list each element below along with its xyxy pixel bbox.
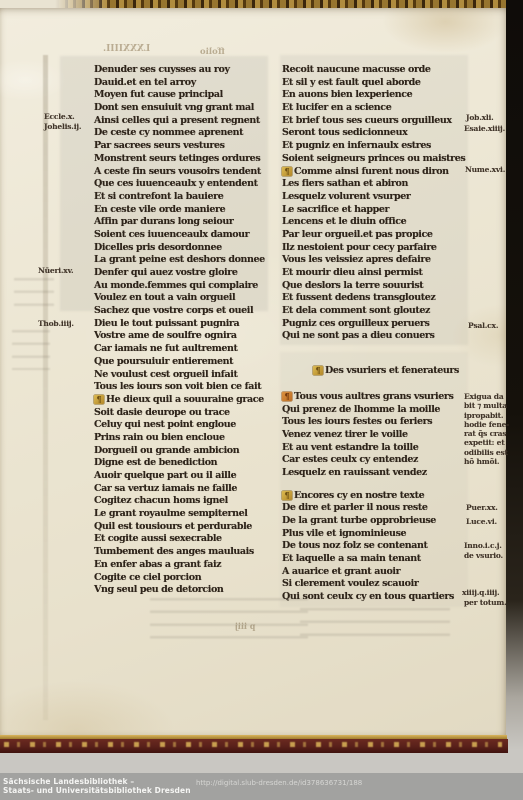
verse-text: Recoit naucune macusse orde: [282, 64, 430, 75]
verse-line: Venez venez tirer le voille: [282, 429, 460, 442]
verse-line: Lencens et le diuin office: [282, 216, 460, 229]
verse-text: He dieux quil a souuraine grace: [106, 394, 264, 405]
verse-line: De tous noz folz se contenant: [282, 540, 460, 553]
verse-text: De dire et parler il nous reste: [282, 502, 427, 513]
verse-line: Denuder ses cuysses au roy: [94, 64, 272, 77]
latin-gloss-line: hodie fene-: [464, 420, 508, 429]
verse-line: Prins rain ou bien encloue: [94, 432, 272, 445]
verse-line: Et laquelle a sa main tenant: [282, 553, 460, 566]
verse-text: Par leur orgueil.et pas propice: [282, 229, 433, 240]
verse-line: Tous les iours festes ou feriers: [282, 416, 460, 429]
latin-gloss-text: bit ⁊ multa: [464, 401, 507, 410]
verse-text: Voulez en tout a vain orgueil: [94, 292, 235, 303]
verse-text: Et lucifer en a science: [282, 102, 391, 113]
verse-line: Monstrent seurs tetinges ordures: [94, 153, 272, 166]
verse-line: Par sacrees seurs vestures: [94, 140, 272, 153]
margin-citation-ecclesiastes: Eccle.x.: [44, 112, 75, 121]
margin-citation-innocent-2: de vsurio.: [464, 551, 503, 560]
margin-citation-tobias: Thob.iiij.: [38, 319, 74, 328]
verse-line: Soient seigneurs princes ou maistres: [282, 153, 460, 166]
verse-text: Soient seigneurs princes ou maistres: [282, 153, 465, 164]
verse-text: Et fussent dedens transgloutez: [282, 292, 435, 303]
verse-text: A ceste fin seurs vousoirs tendent: [94, 166, 261, 177]
latin-gloss-line: hõ hmõi.: [464, 457, 508, 466]
verse-text: Car iamais ne fut aultrement: [94, 343, 238, 354]
verse-text: De ceste cy nommee aprenent: [94, 127, 243, 138]
verse-text: Tous les iours festes ou feriers: [282, 416, 432, 427]
showthrough-margin-note: [14, 278, 54, 306]
verse-line: Et si contrefont la bauiere: [94, 191, 272, 204]
verse-line: Que ces iuuenceaulx y entendent: [94, 178, 272, 191]
digital-collection-url: http://digital.slub-dresden.de/id3786367…: [196, 779, 362, 787]
verse-text: Soient ces iuuenceaulx damour: [94, 229, 249, 240]
verse-text: Soit dasie deurope ou trace: [94, 407, 230, 418]
verse-line: He dieux quil a souuraine grace: [94, 394, 272, 407]
verse-line: Vng seul peu de detorcion: [94, 584, 272, 597]
verse-text: Vous les veissiez apres defaire: [282, 254, 431, 265]
verse-line: Si clerement voulez scauoir: [282, 578, 460, 591]
latin-gloss-text: rat q̃s cras: [464, 429, 506, 438]
folio-word-text: ffolio: [200, 47, 225, 57]
latin-gloss-text: Exigua da: [464, 392, 504, 401]
verse-text: Et laquelle a sa main tenant: [282, 553, 421, 564]
verse-text: Les fiers sathan et abiron: [282, 178, 408, 189]
verse-line: Et brief tous ses cueurs orguilleux: [282, 115, 460, 128]
verse-line: Ne voulust cest orgueil infait: [94, 369, 272, 382]
parchment-crease: [43, 55, 48, 720]
verse-text: Lesquelz volurent vsurper: [282, 191, 410, 202]
verse-text: Sachez que vostre corps et oueil: [94, 305, 253, 316]
verse-text: Vng seul peu de detorcion: [94, 584, 223, 595]
verse-line: Moyen fut cause principal: [94, 89, 272, 102]
verse-line: Affin par durans long seiour: [94, 216, 272, 229]
verse-text: Dieu le tout puissant pugnira: [94, 318, 239, 329]
verse-text: Et cogite aussi sexecrable: [94, 533, 222, 544]
verse-line: Au monde.femmes qui complaire: [94, 280, 272, 293]
verse-line: Voulez en tout a vain orgueil: [94, 292, 272, 305]
verse-line: Car estes ceulx cy entendez: [282, 454, 460, 467]
verse-text: Qui sont ceulx cy en tous quartiers: [282, 591, 454, 602]
verse-text: Affin par durans long seiour: [94, 216, 233, 227]
verse-line: Comme ainsi furent nous diron: [282, 166, 460, 179]
verse-text: Prins rain ou bien encloue: [94, 432, 225, 443]
verse-text: Tous vous aultres grans vsuriers: [294, 391, 453, 402]
verse-text: Lencens et le diuin office: [282, 216, 406, 227]
verse-text: Comme ainsi furent nous diron: [294, 166, 449, 177]
verse-text: Le sacrifice et happer: [282, 204, 389, 215]
signature-mark-text: p iiij: [235, 621, 255, 631]
verse-line: Seront tous sedicionneux: [282, 127, 460, 140]
verse-line: Lesquelz volurent vsurper: [282, 191, 460, 204]
verse-text: Et dela comment sont gloutez: [282, 305, 430, 316]
verse-line: Le grant royaulme sempiternel: [94, 508, 272, 521]
verse-text: Tumbement des anges mauluais: [94, 546, 254, 557]
library-name: Sächsische Landesbibliothek – Staats- un…: [3, 777, 191, 795]
verse-text: Qui prenez de lhomme la moille: [282, 404, 440, 415]
showthrough-folio-word: ffolio: [200, 47, 225, 57]
verse-line: Qui sont ceulx cy en tous quartiers: [282, 591, 460, 604]
illuminated-pilcrow-initial: [282, 491, 292, 500]
verse-line: Encores cy en nostre texte: [282, 490, 460, 503]
leather-binding-edge: [0, 739, 508, 753]
verse-text: Qui ne sont pas a dieu conuers: [282, 330, 434, 341]
verse-line: Plus vile et ignominieuse: [282, 528, 460, 541]
verse-line: Celuy qui nest point engloue: [94, 419, 272, 432]
verse-line: Et cogite aussi sexecrable: [94, 533, 272, 546]
verse-text: Si clerement voulez scauoir: [282, 578, 418, 589]
library-name-line1: Sächsische Landesbibliothek –: [3, 777, 191, 786]
illuminated-pilcrow-initial: [313, 366, 323, 375]
verse-text: Et mourir dieu ainsi permist: [282, 267, 423, 278]
verse-line: Dorgueil ou grande ambicion: [94, 445, 272, 458]
verse-line: Par leur orgueil.et pas propice: [282, 229, 460, 242]
verse-line: Soient ces iuuenceaulx damour: [94, 229, 272, 242]
margin-citation-numbers: Nume.xvi.: [465, 165, 505, 174]
verse-line: Qui ne sont pas a dieu conuers: [282, 330, 460, 343]
verse-line: Que poursuiuir entierement: [94, 356, 272, 369]
verse-text: Au monde.femmes qui complaire: [94, 280, 258, 291]
verse-line: Quil est tousiours et perdurable: [94, 521, 272, 534]
verse-text: Cogite ce ciel porcion: [94, 572, 201, 583]
verse-line: La grant peine est deshors donnee: [94, 254, 272, 267]
latin-gloss-line: bit ⁊ multa: [464, 401, 508, 410]
margin-citation-isaiah: Esaie.xiiij.: [464, 124, 505, 133]
margin-citation-decretum-2: per totum.: [464, 598, 507, 607]
verse-text: Monstrent seurs tetinges ordures: [94, 153, 260, 164]
verse-line: Et dela comment sont gloutez: [282, 305, 460, 318]
verse-line: Auoir quelque part ou il aille: [94, 470, 272, 483]
margin-citation-numbers: Nūeri.xv.: [38, 266, 73, 275]
verse-line: Cogite ce ciel porcion: [94, 572, 272, 585]
verse-line: Ilz nestoient pour cecy parfaire: [282, 242, 460, 255]
margin-citation-innocent: Inno.i.c.j.: [464, 541, 502, 550]
verse-line: Et pugniz en infernaulx estres: [282, 140, 460, 153]
verse-text: Auoir quelque part ou il aille: [94, 470, 236, 481]
verse-line: Car sa vertuz iamais ne faille: [94, 483, 272, 496]
margin-citation-decretum: xiiij.q.iiij.: [462, 588, 499, 597]
verse-text: Ne voulust cest orgueil infait: [94, 369, 237, 380]
verse-line: Tous les iours son voit bien ce fait: [94, 381, 272, 394]
verse-line: Que deslors la terre souurist: [282, 280, 460, 293]
verse-text: Pugniz ces orguilleux peruers: [282, 318, 429, 329]
verse-line: Dont sen ensuiuit vng grant mal: [94, 102, 272, 115]
verse-text: Car estes ceulx cy entendez: [282, 454, 418, 465]
verse-line: Dauid.et en tel arroy: [94, 77, 272, 90]
verse-text: Et sil y est fault quel aborde: [282, 77, 421, 88]
verse-text: Plus vile et ignominieuse: [282, 528, 406, 539]
verse-line: Ainsi celles qui a present regnent: [94, 115, 272, 128]
margin-citation-proverbs: Puer.xx.: [466, 503, 498, 512]
latin-gloss-text: expetit: et: [464, 438, 504, 447]
verse-text: En auons bien lexperience: [282, 89, 412, 100]
latin-gloss-text: hõ hmõi.: [464, 457, 499, 466]
verse-text: Cogitez chacun homs ignel: [94, 495, 228, 506]
verse-line: Et au vent estandre la toille: [282, 442, 460, 455]
verse-text: Par sacrees seurs vestures: [94, 140, 225, 151]
illuminated-pilcrow-initial: [94, 395, 104, 404]
illuminated-pilcrow-initial: [282, 392, 292, 401]
latin-gloss-line: rat q̃s cras: [464, 429, 508, 438]
showthrough-text-lines: [300, 608, 450, 646]
showthrough-text-lines: [150, 598, 308, 646]
showthrough-folio-number: LXXXIIII.: [103, 44, 150, 54]
verse-text: Et pugniz en infernaulx estres: [282, 140, 431, 151]
library-name-line2: Staats- und Universitätsbibliothek Dresd…: [3, 786, 191, 795]
verse-text: Dont sen ensuiuit vng grant mal: [94, 102, 254, 113]
verse-line: Digne est de benediction: [94, 457, 272, 470]
margin-citation-job: Job.xli.: [466, 113, 494, 122]
illuminated-pilcrow-initial: [282, 167, 292, 176]
latin-gloss-line: Exigua da: [464, 392, 508, 401]
margin-latin-gloss: Exigua dabit ⁊ multaipropabit.hodie fene…: [464, 392, 508, 466]
margin-citation-psalm: Psal.cx.: [468, 321, 498, 330]
verse-line: Les fiers sathan et abiron: [282, 178, 460, 191]
verse-line: Pugniz ces orguilleux peruers: [282, 318, 460, 331]
latin-gloss-text: ipropabit.: [464, 411, 503, 420]
verse-text: Digne est de benediction: [94, 457, 217, 468]
verse-line: En ceste vile orde maniere: [94, 204, 272, 217]
verse-line: Et mourir dieu ainsi permist: [282, 267, 460, 280]
verse-line: En auons bien lexperience: [282, 89, 460, 102]
verse-line: Soit dasie deurope ou trace: [94, 407, 272, 420]
verse-text: Que deslors la terre souurist: [282, 280, 423, 291]
verse-text: Lesquelz en rauissant vendez: [282, 467, 427, 478]
verse-line: Des vsuriers et fenerateurs: [313, 365, 460, 378]
folio-number-text: LXXXIIII.: [103, 44, 150, 54]
latin-gloss-line: odibilis est: [464, 448, 508, 457]
verse-line: Et lucifer en a science: [282, 102, 460, 115]
verse-text: La grant peine est deshors donnee: [94, 254, 265, 265]
margin-citation-luke: Luce.vi.: [466, 517, 497, 526]
latin-gloss-line: ipropabit.: [464, 411, 508, 420]
verse-text: Encores cy en nostre texte: [294, 490, 424, 501]
latin-gloss-text: odibilis est: [464, 448, 508, 457]
verse-text: Venez venez tirer le voille: [282, 429, 408, 440]
gilt-page-edges: [0, 0, 506, 8]
verse-line: Dieu le tout puissant pugnira: [94, 318, 272, 331]
verse-text: Dicelles pris desordonnee: [94, 242, 222, 253]
verse-text: Le grant royaulme sempiternel: [94, 508, 247, 519]
verse-line: Tumbement des anges mauluais: [94, 546, 272, 559]
verse-line: Vostre ame de soulfre ognira: [94, 330, 272, 343]
verse-text: Car sa vertuz iamais ne faille: [94, 483, 237, 494]
verse-text: Celuy qui nest point engloue: [94, 419, 236, 430]
verse-text: Que poursuiuir entierement: [94, 356, 233, 367]
verse-line: A auarice et grant auoir: [282, 566, 460, 579]
showthrough-signature-mark: p iiij: [235, 621, 255, 631]
verse-text: Et si contrefont la bauiere: [94, 191, 223, 202]
verse-line: Et fussent dedens transgloutez: [282, 292, 460, 305]
verse-text: Vostre ame de soulfre ognira: [94, 330, 237, 341]
verse-text: Moyen fut cause principal: [94, 89, 223, 100]
verse-line: De dire et parler il nous reste: [282, 502, 460, 515]
verse-line: Car iamais ne fut aultrement: [94, 343, 272, 356]
verse-text: Denuder ses cuysses au roy: [94, 64, 230, 75]
verse-line: En enfer abas a grant faiz: [94, 559, 272, 572]
verse-text: A auarice et grant auoir: [282, 566, 400, 577]
margin-citation-joel: Johelis.ij.: [44, 122, 81, 131]
verse-text: Quil est tousiours et perdurable: [94, 521, 252, 532]
verse-line: A ceste fin seurs vousoirs tendent: [94, 166, 272, 179]
verse-text: Et au vent estandre la toille: [282, 442, 418, 453]
verse-line: Vous les veissiez apres defaire: [282, 254, 460, 267]
verse-text: De la grant turbe opprobrieuse: [282, 515, 436, 526]
verse-text: En ceste vile orde maniere: [94, 204, 225, 215]
verse-text: Seront tous sedicionneux: [282, 127, 407, 138]
verse-line: Lesquelz en rauissant vendez: [282, 467, 460, 480]
verse-line: De ceste cy nommee aprenent: [94, 127, 272, 140]
verse-line: Dicelles pris desordonnee: [94, 242, 272, 255]
verse-line: Le sacrifice et happer: [282, 204, 460, 217]
right-text-column: Recoit naucune macusse ordeEt sil y est …: [282, 64, 460, 604]
verse-line: Cogitez chacun homs ignel: [94, 495, 272, 508]
verse-text: De tous noz folz se contenant: [282, 540, 427, 551]
verse-text: Dorgueil ou grande ambicion: [94, 445, 239, 456]
library-watermark-bar: Sächsische Landesbibliothek – Staats- un…: [0, 773, 523, 800]
verse-line: Sachez que vostre corps et oueil: [94, 305, 272, 318]
latin-gloss-text: hodie fene-: [464, 420, 509, 429]
verse-line: Et sil y est fault quel aborde: [282, 77, 460, 90]
verse-line: Tous vous aultres grans vsuriers: [282, 391, 460, 404]
verse-text: Tous les iours son voit bien ce fait: [94, 381, 261, 392]
book-gutter-shadow: [506, 0, 523, 750]
verse-text: Des vsuriers et fenerateurs: [325, 365, 459, 376]
verse-text: Et brief tous ses cueurs orguilleux: [282, 115, 452, 126]
verse-text: Que ces iuuenceaulx y entendent: [94, 178, 258, 189]
verse-line: Denfer qui auez vostre gloire: [94, 267, 272, 280]
latin-gloss-line: expetit: et: [464, 438, 508, 447]
verse-line: Qui prenez de lhomme la moille: [282, 404, 460, 417]
verse-line: De la grant turbe opprobrieuse: [282, 515, 460, 528]
verse-text: Denfer qui auez vostre gloire: [94, 267, 238, 278]
verse-text: Dauid.et en tel arroy: [94, 77, 196, 88]
verse-text: Ilz nestoient pour cecy parfaire: [282, 242, 437, 253]
verse-line: Recoit naucune macusse orde: [282, 64, 460, 77]
left-text-column: Denuder ses cuysses au royDauid.et en te…: [94, 64, 272, 597]
verse-text: En enfer abas a grant faiz: [94, 559, 221, 570]
verse-text: Ainsi celles qui a present regnent: [94, 115, 260, 126]
